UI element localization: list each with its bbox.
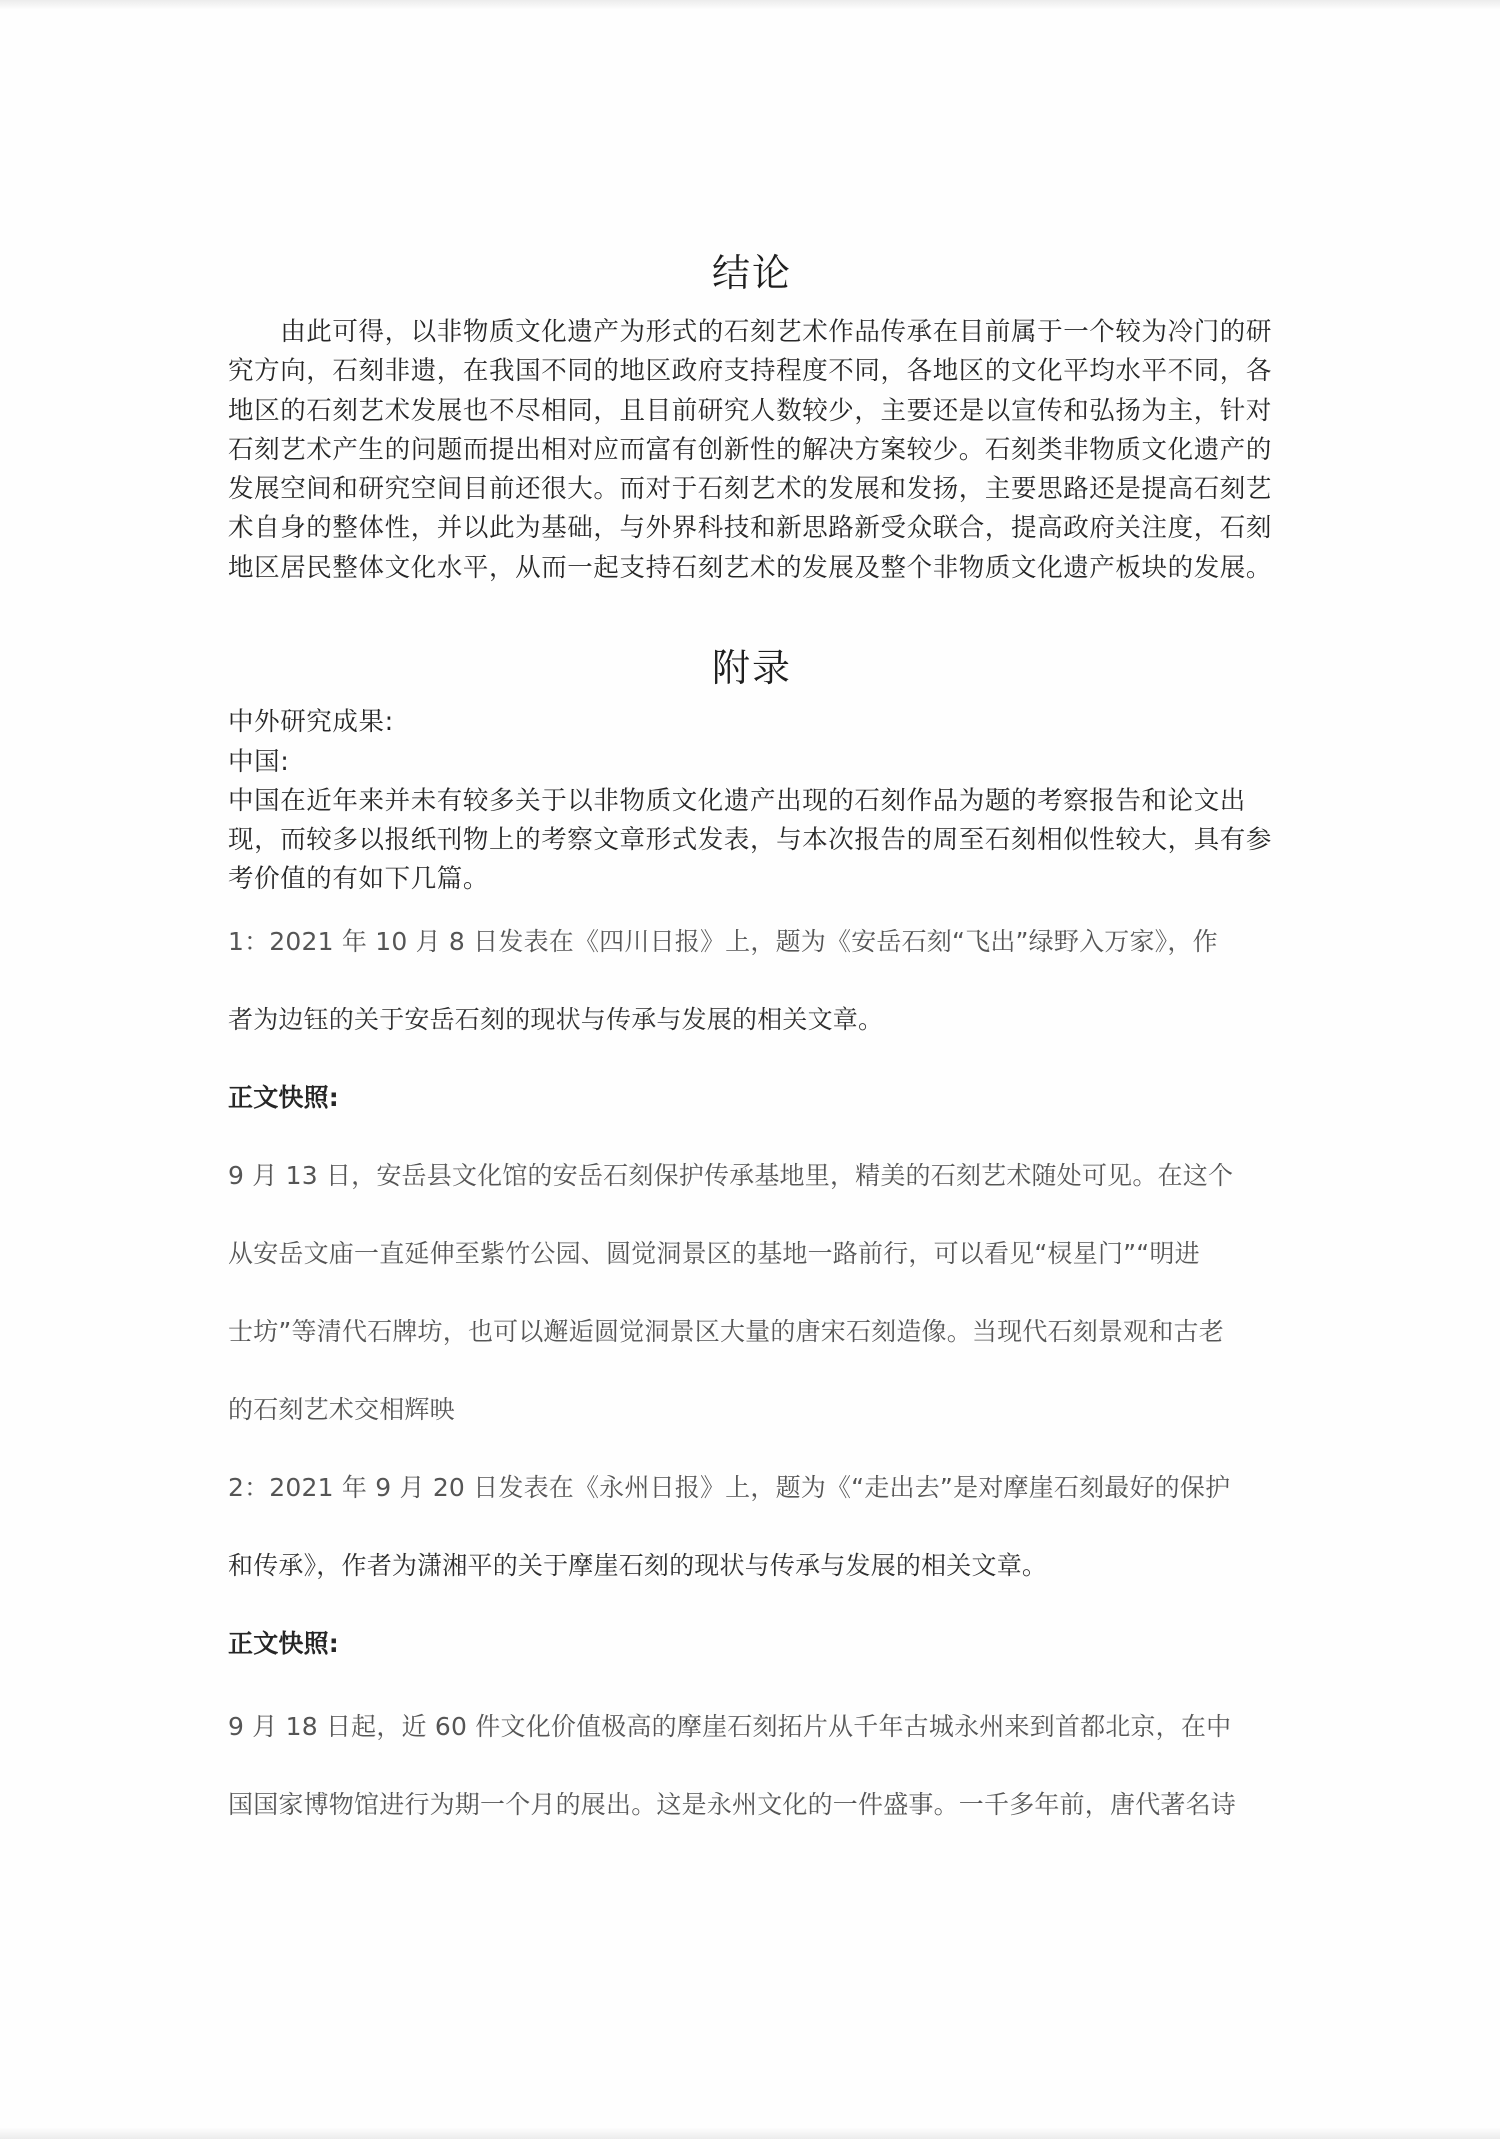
china-line: 现，而较多以报纸刊物上的考察文章形式发表，与本次报告的周至石刻相似性较大，具有参 bbox=[228, 820, 1276, 856]
reference-line: 1：2021 年 10 月 8 日发表在《四川日报》上，题为《安岳石刻“飞出”绿… bbox=[228, 922, 1276, 958]
snapshot-line: 9 月 13 日，安岳县文化馆的安岳石刻保护传承基地里，精美的石刻艺术随处可见。… bbox=[228, 1156, 1276, 1192]
conclusion-line: 石刻艺术产生的问题而提出相对应而富有创新性的解决方案较少。石刻类非物质文化遗产的 bbox=[228, 430, 1276, 466]
conclusion-line: 地区居民整体文化水平，从而一起支持石刻艺术的发展及整个非物质文化遗产板块的发展。 bbox=[228, 548, 1276, 584]
conclusion-line: 术自身的整体性，并以此为基础，与外界科技和新思路新受众联合，提高政府关注度，石刻 bbox=[228, 508, 1276, 544]
conclusion-line: 由此可得，以非物质文化遗产为形式的石刻艺术作品传承在目前属于一个较为冷门的研 bbox=[228, 312, 1276, 348]
snapshot-line: 从安岳文庙一直延伸至紫竹公园、圆觉洞景区的基地一路前行，可以看见“棂星门”“明进 bbox=[228, 1234, 1276, 1270]
appendix-title: 附录 bbox=[228, 637, 1276, 692]
reference-line: 2：2021 年 9 月 20 日发表在《永州日报》上，题为《“走出去”是对摩崖… bbox=[228, 1468, 1276, 1504]
reference-line: 者为边钰的关于安岳石刻的现状与传承与发展的相关文章。 bbox=[228, 1000, 1276, 1036]
snapshot-line: 9 月 18 日起，近 60 件文化价值极高的摩崖石刻拓片从千年古城永州来到首都… bbox=[228, 1707, 1276, 1743]
snapshot-label: 正文快照: bbox=[228, 1078, 1276, 1114]
china-line: 考价值的有如下几篇。 bbox=[228, 859, 1276, 895]
page-bottom-edge bbox=[0, 2128, 1500, 2139]
research-results-heading: 中外研究成果: bbox=[228, 702, 1276, 738]
snapshot-label: 正文快照: bbox=[228, 1624, 1276, 1660]
conclusion-title: 结论 bbox=[228, 242, 1276, 297]
page-top-edge bbox=[0, 0, 1500, 9]
reference-line: 和传承》，作者为潇湘平的关于摩崖石刻的现状与传承与发展的相关文章。 bbox=[228, 1546, 1276, 1582]
china-line: 中国在近年来并未有较多关于以非物质文化遗产出现的石刻作品为题的考察报告和论文出 bbox=[228, 781, 1276, 817]
conclusion-line: 发展空间和研究空间目前还很大。而对于石刻艺术的发展和发扬，主要思路还是提高石刻艺 bbox=[228, 469, 1276, 505]
conclusion-line: 究方向，石刻非遗，在我国不同的地区政府支持程度不同，各地区的文化平均水平不同，各 bbox=[228, 351, 1276, 387]
conclusion-line: 地区的石刻艺术发展也不尽相同，且目前研究人数较少，主要还是以宣传和弘扬为主，针对 bbox=[228, 391, 1276, 427]
snapshot-line: 国国家博物馆进行为期一个月的展出。这是永州文化的一件盛事。一千多年前，唐代著名诗 bbox=[228, 1785, 1276, 1821]
china-heading: 中国: bbox=[228, 742, 1276, 778]
snapshot-line: 的石刻艺术交相辉映 bbox=[228, 1390, 1276, 1426]
snapshot-line: 士坊”等清代石牌坊，也可以邂逅圆觉洞景区大量的唐宋石刻造像。当现代石刻景观和古老 bbox=[228, 1312, 1276, 1348]
